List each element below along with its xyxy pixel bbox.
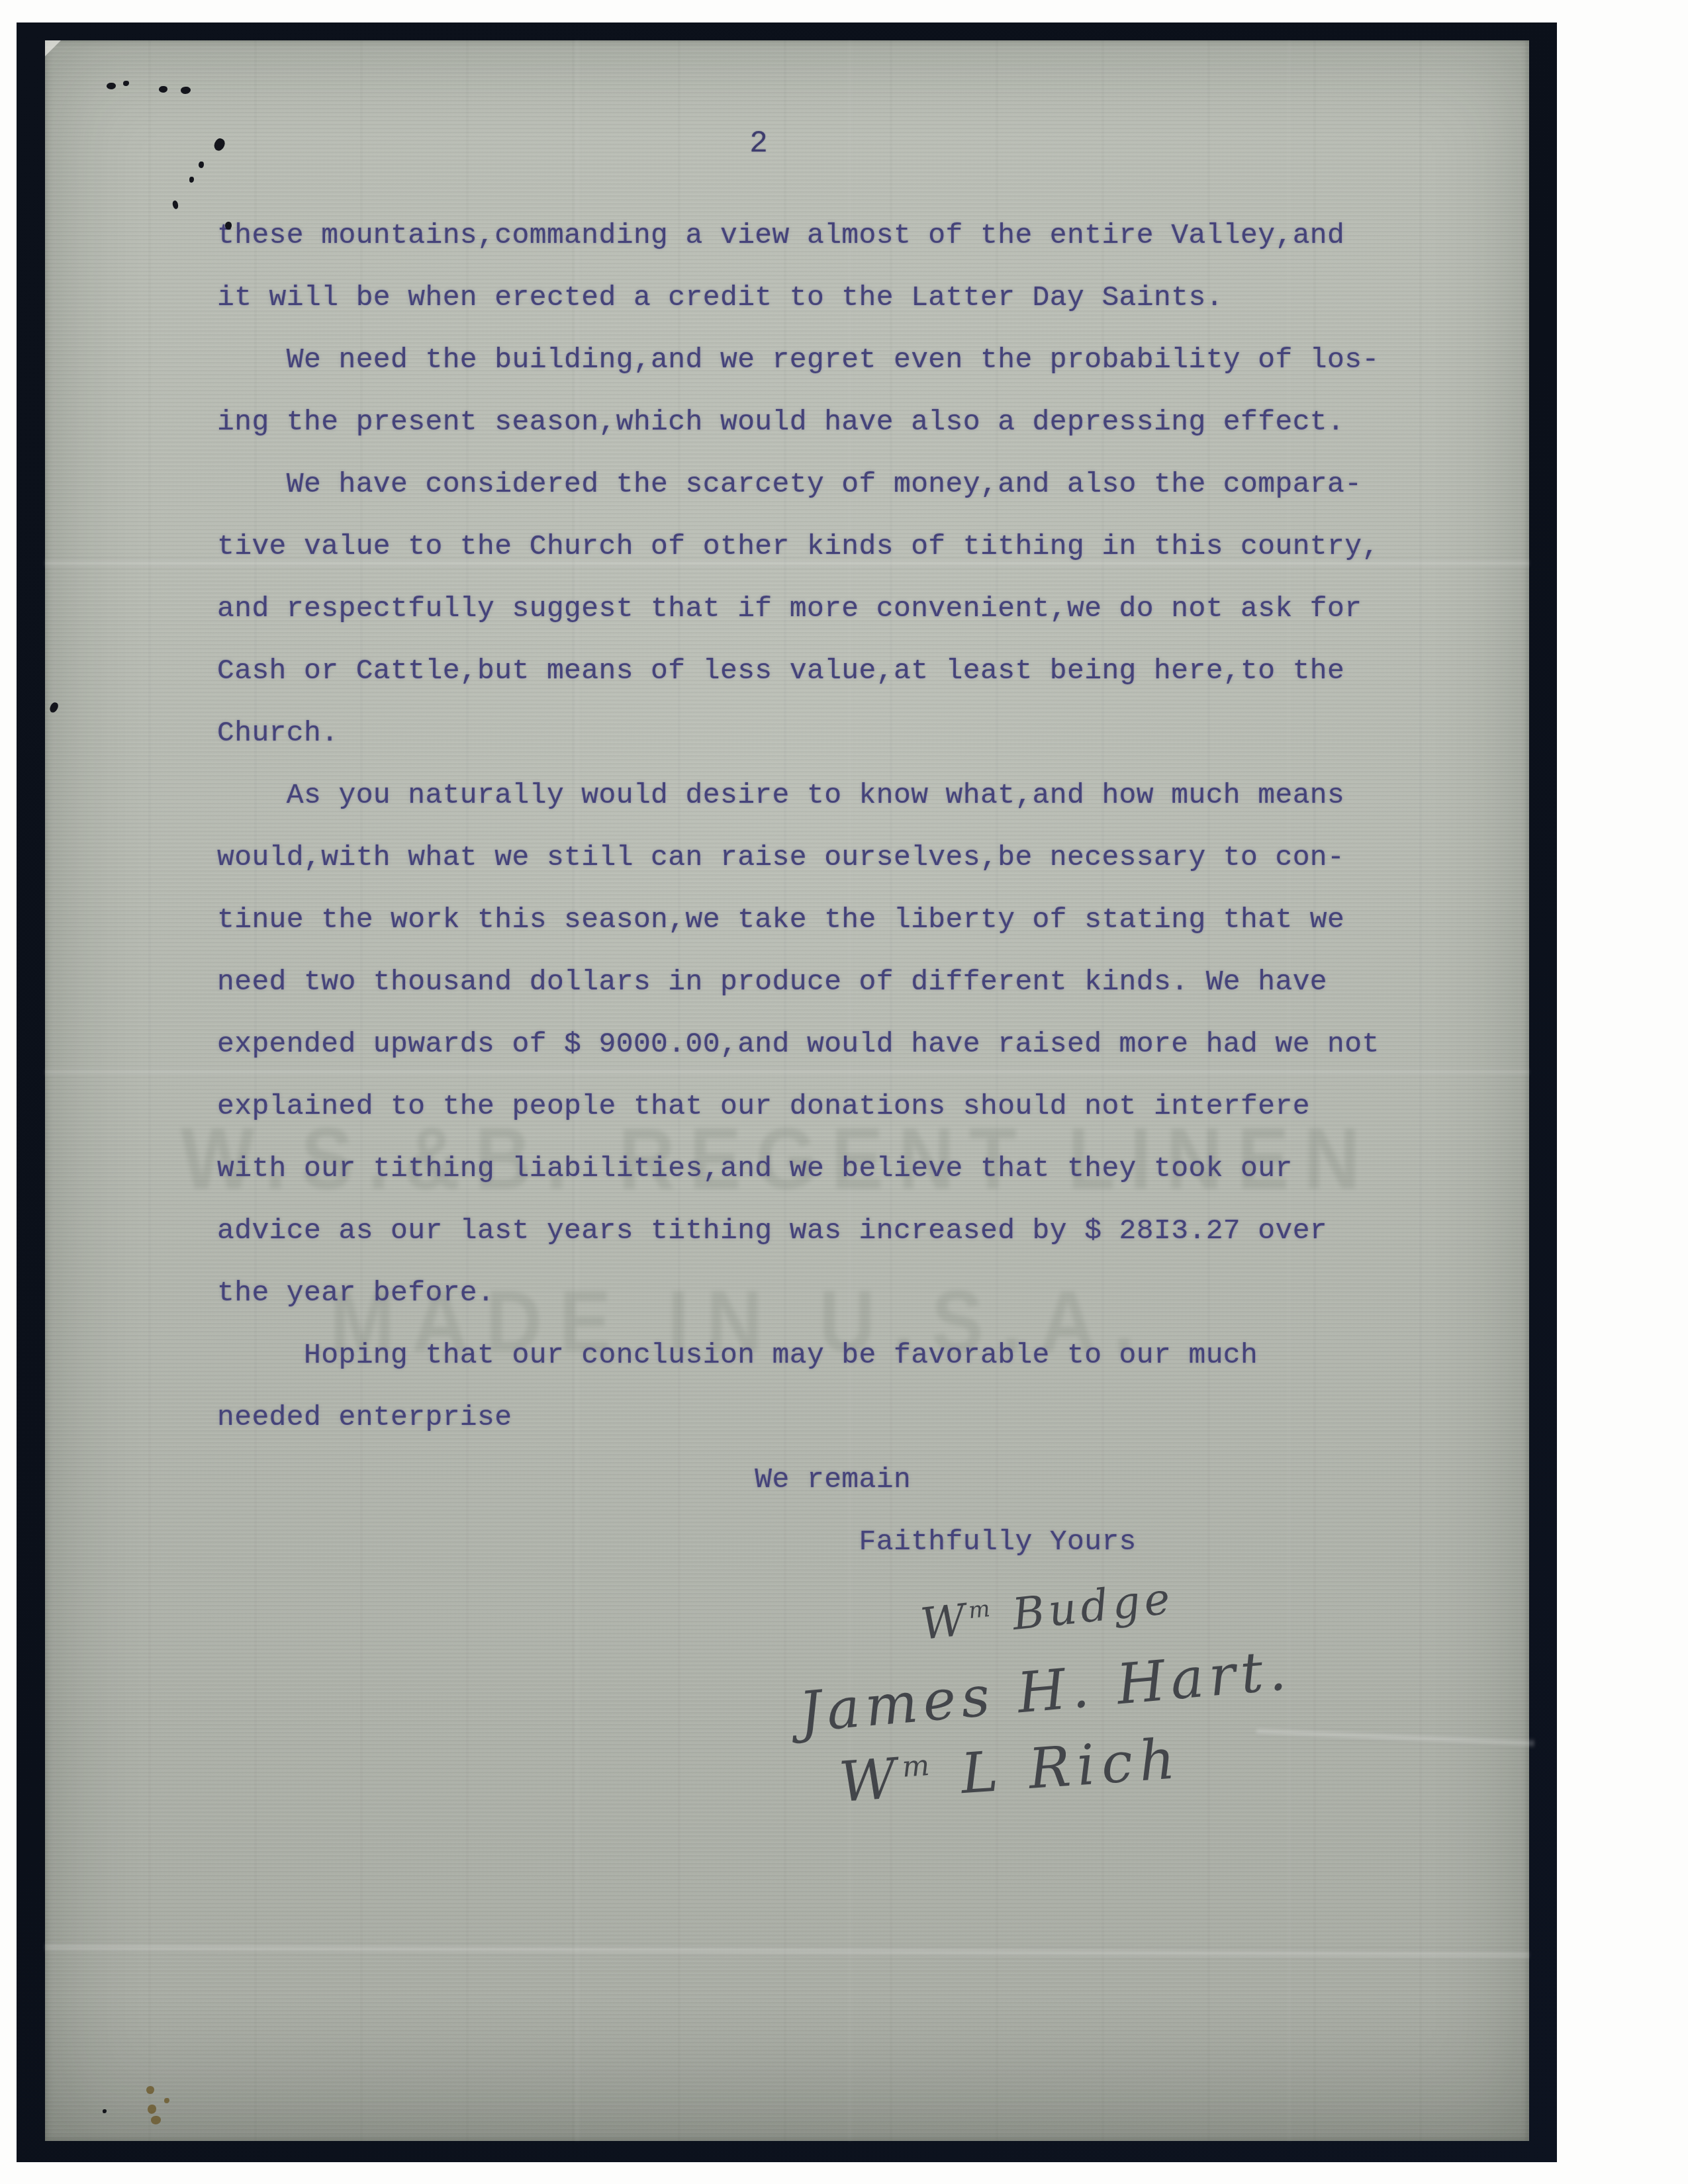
ink-speck [199, 161, 204, 168]
foxing-spot [151, 2116, 161, 2124]
signature-wm-l-rich: Wm L Rich [837, 1726, 1184, 1815]
typed-line: Faithfully Yours [217, 1511, 1380, 1573]
typed-line: tinue the work this season,we take the l… [217, 889, 1380, 951]
page-number: 2 [732, 126, 785, 161]
ink-speck [107, 83, 116, 89]
ink-speck [48, 701, 60, 713]
paper-corner-fold [45, 40, 61, 56]
signature-text: Budge [992, 1572, 1176, 1642]
typed-line: these mountains,commanding a view almost… [217, 205, 1380, 267]
typed-line: We need the building,and we regret even … [217, 329, 1380, 391]
typed-line: Hoping that our conclusion may be favora… [217, 1324, 1380, 1387]
photo-mat-background: W.S.&B. REGENT LINEN MADE IN U.S.A. 2 th… [17, 23, 1557, 2162]
typed-line: need two thousand dollars in produce of … [217, 951, 1380, 1013]
typed-line: it will be when erected a credit to the … [217, 267, 1380, 329]
signature-superscript: m [901, 1748, 937, 1784]
foxing-spot [148, 2105, 156, 2114]
signature-james-h-hart: James H. Hart. [796, 1637, 1293, 1745]
signature-superscript: m [967, 1595, 996, 1624]
paper-crease [45, 1941, 1529, 1961]
ink-speck [171, 200, 179, 210]
signature-wm-budge: Wm Budge [918, 1572, 1176, 1650]
typed-line: We have considered the scarcety of money… [217, 453, 1380, 516]
paper-bottom-shading [45, 1995, 1529, 2141]
foxing-spot [146, 2086, 154, 2094]
typed-line: the year before. [217, 1262, 1380, 1324]
typed-line: would,with what we still can raise ourse… [217, 827, 1380, 889]
typed-line: tive value to the Church of other kinds … [217, 516, 1380, 578]
ink-speck [159, 86, 167, 93]
typed-text-block: these mountains,commanding a view almost… [217, 205, 1380, 1573]
typed-line: expended upwards of $ 9000.00,and would … [217, 1013, 1380, 1075]
ink-speck [181, 87, 191, 94]
ink-speck [189, 177, 194, 183]
typed-line: Cash or Cattle,but means of less value,a… [217, 640, 1380, 702]
typed-line: ing the present season,which would have … [217, 391, 1380, 453]
typed-line: As you naturally would desire to know wh… [217, 764, 1380, 827]
signature-text: W [837, 1745, 905, 1814]
scanned-letter-page: W.S.&B. REGENT LINEN MADE IN U.S.A. 2 th… [0, 0, 1688, 2184]
ink-speck [123, 81, 129, 86]
foxing-spot [103, 2109, 107, 2113]
signature-text: L Rich [935, 1726, 1184, 1808]
signature-text: James H. Hart. [796, 1637, 1293, 1745]
letter-paper: W.S.&B. REGENT LINEN MADE IN U.S.A. 2 th… [45, 40, 1529, 2141]
typed-line: and respectfully suggest that if more co… [217, 578, 1380, 640]
typed-line: needed enterprise [217, 1387, 1380, 1449]
typed-line: advice as our last years tithing was inc… [217, 1200, 1380, 1262]
ink-speck [212, 137, 226, 152]
typed-line: explained to the people that our donatio… [217, 1075, 1380, 1138]
typed-line: with our tithing liabilities,and we beli… [217, 1138, 1380, 1200]
typed-line: We remain [217, 1449, 1380, 1511]
typed-line: Church. [217, 702, 1380, 764]
paper-crease [1256, 1726, 1534, 1749]
foxing-spot [164, 2098, 169, 2103]
signature-text: W [918, 1594, 972, 1650]
